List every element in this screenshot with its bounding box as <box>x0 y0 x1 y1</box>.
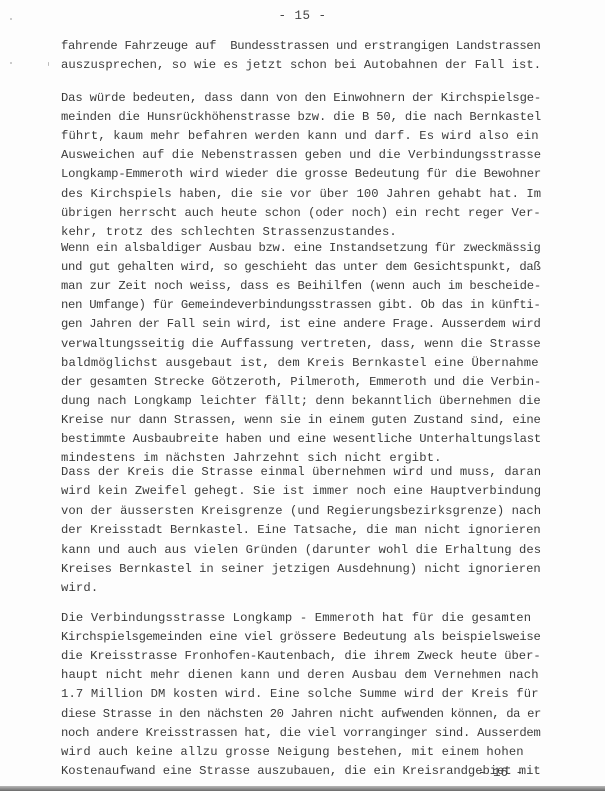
text-line: der Kreisstadt Bernkastel. Eine Tatsache… <box>61 521 541 539</box>
text-line: wird kein Zweifel gehegt. Sie ist immer … <box>61 482 541 500</box>
text-line: dung nach Longkamp leichter fällt; denn … <box>61 392 541 410</box>
text-line: wird auch keine allzu grosse Neigung bes… <box>61 743 524 761</box>
text-line: auszusprechen, so wie es jetzt schon bei… <box>61 56 541 74</box>
text-line: noch andere Kreisstrassen hat, die viel … <box>61 724 541 742</box>
text-line: Kostenaufwand eine Strasse auszubauen, d… <box>61 762 541 780</box>
text-line: haupt nicht mehr dienen kann und deren A… <box>61 666 539 684</box>
text-line: bestimmte Ausbaubreite haben und eine we… <box>61 430 541 448</box>
text-line: wird. <box>61 579 98 597</box>
page-number-bottom: - 16 - <box>478 766 523 780</box>
text-line: die Kreisstrasse Fronhofen-Kautenbach, d… <box>61 647 541 665</box>
scan-bottom-edge <box>0 786 605 791</box>
text-line: fahrende Fahrzeuge auf Bundesstrassen un… <box>61 37 541 55</box>
text-line: und gut gehalten wird, so geschieht das … <box>61 258 541 276</box>
text-line: Die Verbindungsstrasse Longkamp - Emmero… <box>61 609 531 627</box>
text-line: Kreises Bernkastel in seiner jetzigen Au… <box>61 560 541 578</box>
text-line: der gesamten Strecke Götzeroth, Pilmerot… <box>61 373 541 391</box>
text-line: Kirchspielsgemeinden eine viel grössere … <box>61 628 541 646</box>
text-line: gen Jahren der Fall sein wird, ist eine … <box>61 315 541 333</box>
scan-speck <box>48 62 49 66</box>
text-line: von der äussersten Kreisgrenze (und Regi… <box>61 502 541 520</box>
text-line: 1.7 Million DM kosten wird. Eine solche … <box>61 685 539 703</box>
text-line: Wenn ein alsbaldiger Ausbau bzw. eine In… <box>61 239 541 257</box>
scan-speck <box>10 62 12 64</box>
text-line: baldmöglichst ausgebaut ist, dem Kreis B… <box>61 354 539 372</box>
text-line: Das würde bedeuten, dass dann von den Ei… <box>61 89 541 107</box>
text-line: führt, kaum mehr befahren werden kann un… <box>61 127 539 145</box>
text-line: kann und auch aus vielen Gründen (darunt… <box>61 541 541 559</box>
text-line: man zur Zeit noch weiss, dass es Beihilf… <box>61 277 541 295</box>
text-line: Kreise nur dann Strassen, wenn sie in ei… <box>61 411 541 429</box>
text-line: Dass der Kreis die Strasse einmal überne… <box>61 463 541 481</box>
text-line: Longkamp-Emmeroth wird wieder die grosse… <box>61 165 541 183</box>
text-line: nen Umfange) für Gemeindeverbindungsstra… <box>61 296 541 314</box>
text-line: des Kirchspiels haben, die sie vor über … <box>61 185 541 203</box>
document-page: - 15 - fahrende Fahrzeuge auf Bundesstra… <box>0 0 605 791</box>
text-line: meinden die Hunsrückhöhenstrasse bzw. di… <box>61 108 541 126</box>
page-number-top: - 15 - <box>0 9 605 23</box>
text-line: übrigen herrscht auch heute schon (oder … <box>61 204 541 222</box>
text-line: Ausweichen auf die Nebenstrassen geben u… <box>61 146 541 164</box>
text-line: verwaltungsseitig die Auffassung vertret… <box>61 335 541 353</box>
text-line: kehr, trotz des schlechten Strassenzusta… <box>61 223 397 241</box>
text-line: diese Strasse in den nächsten 20 Jahren … <box>61 705 541 723</box>
